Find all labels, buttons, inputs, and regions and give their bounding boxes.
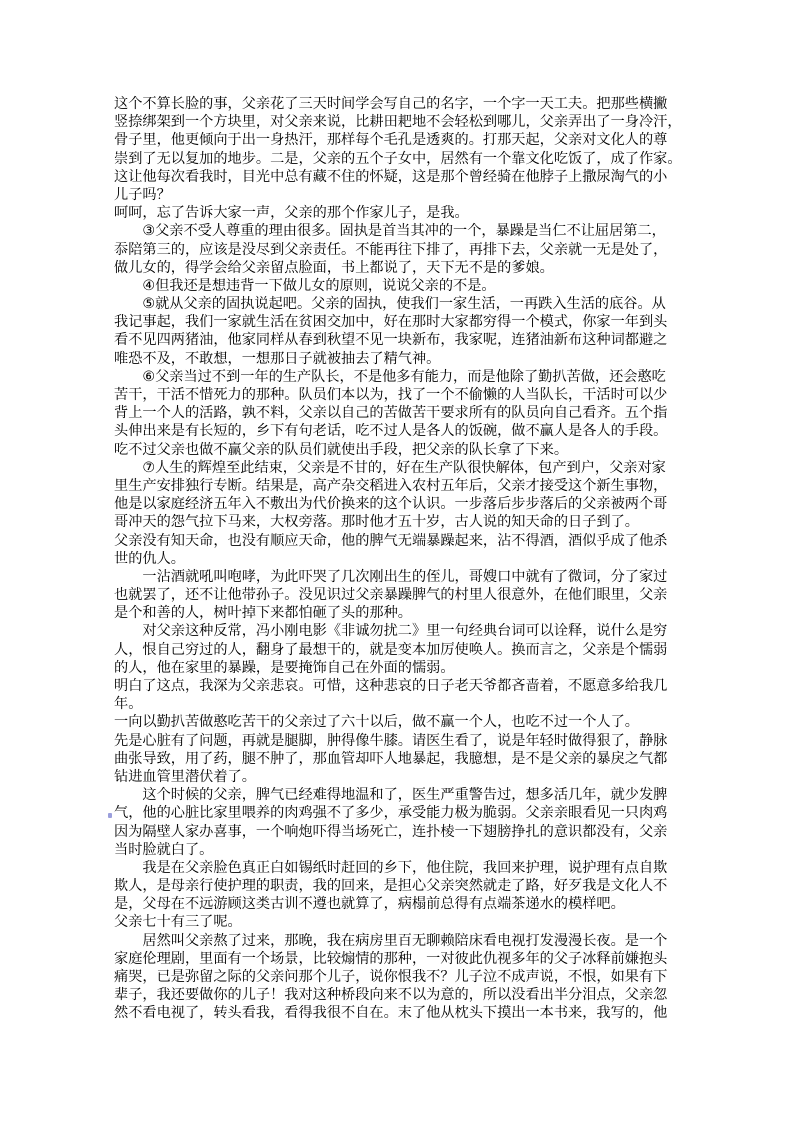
text-line: 先是心脏有了问题，再就是腿脚，肿得像牛膝。请医生看了，说是年轻时做得狠了，静脉: [114, 732, 684, 750]
text-line: 当时脸就白了。: [114, 841, 684, 859]
text-line: 吃不过父亲也做不赢父亲的队员们就使出手段，把父亲的队长拿了下来。: [114, 441, 684, 459]
text-line: 父亲七十有三了呢。: [114, 913, 684, 931]
text-line: 居然叫父亲熬了过来，那晚，我在病房里百无聊赖陪床看电视打发漫漫长夜。是一个: [114, 932, 684, 950]
text-line: 钻进血管里潜伏着了。: [114, 768, 684, 786]
text-line: 我记事起，我们一家就生活在贫困交加中，好在那时大家都穷得一个模式，你家一年到头: [114, 313, 684, 331]
text-line: 儿子吗？: [114, 186, 684, 204]
text-line: 世的仇人。: [114, 550, 684, 568]
stray-mark: [108, 813, 112, 818]
text-line: ③父亲不受人尊重的理由很多。固执是首当其冲的一个，暴躁是当仁不让屈居第二，: [114, 222, 684, 240]
text-line: 父亲没有知天命，也没有顺应天命，他的脾气无端暴躁起来，沾不得酒，酒似乎成了他杀: [114, 532, 684, 550]
text-line: ⑦人生的辉煌至此结束，父亲是不甘的，好在生产队很快解体，包产到户，父亲对家: [114, 459, 684, 477]
text-line: 忝陪第三的，应该是没尽到父亲责任。不能再往下排了，再排下去，父亲就一无是处了，: [114, 241, 684, 259]
text-block: 这个不算长脸的事，父亲花了三天时间学会写自己的名字，一个字一天工夫。把那些横撇竖…: [114, 95, 684, 1023]
text-line: 曲张导致，用了药，腿不肿了，那血管却吓人地暴起，我臆想，是不是父亲的暴戾之气都: [114, 750, 684, 768]
text-line: ⑥父亲当过不到一年的生产队长，不是他多有能力，而是他除了勤扒苦做，还会憨吃: [114, 368, 684, 386]
text-line: 崇到了无以复加的地步。二是，父亲的五个子女中，居然有一个靠文化吃饭了，成了作家。: [114, 150, 684, 168]
text-line: 苦干，干活不惜死力的那种。队员们本以为，找了一个不偷懒的人当队长，干活时可以少: [114, 386, 684, 404]
text-line: ④但我还是想违背一下做儿女的原则，说说父亲的不是。: [114, 277, 684, 295]
text-line: 也就罢了，还不让他带孙子。没见识过父亲暴躁脾气的村里人很意外，在他们眼里，父亲: [114, 586, 684, 604]
text-line: 气，他的心脏比家里喂养的肉鸡强不了多少，承受能力极为脆弱。父亲亲眼看见一只肉鸡: [114, 804, 684, 822]
text-line: 里生产安排独行专断。结果是，高产杂交稻进入农村五年后，父亲才接受这个新生事物，: [114, 477, 684, 495]
text-line: 一沾酒就吼叫咆哮，为此吓哭了几次刚出生的侄儿，哥嫂口中就有了微词，分了家过: [114, 568, 684, 586]
text-line: 因为隔壁人家办喜事，一个响炮吓得当场死亡，连扑棱一下翅膀挣扎的意识都没有，父亲: [114, 823, 684, 841]
text-line: ⑤就从父亲的固执说起吧。父亲的固执，使我们一家生活，一再跌入生活的底谷。从: [114, 295, 684, 313]
text-line: 一向以勤扒苦做憨吃苦干的父亲过了六十以后，做不赢一个人，也吃不过一个人了。: [114, 713, 684, 731]
text-line: 唯恐不及，不敢想，一想那日子就被抽去了精气神。: [114, 350, 684, 368]
text-line: 的人，他在家里的暴躁，是要掩饰自己在外面的懦弱。: [114, 659, 684, 677]
text-line: 明白了这点，我深为父亲悲哀。可惜，这种悲哀的日子老天爷都吝啬着，不愿意多给我几: [114, 677, 684, 695]
text-line: 对父亲这种反常，冯小刚电影《非诚勿扰二》里一句经典台词可以诠释，说什么是穷: [114, 622, 684, 640]
text-line: 我是在父亲脸色真正白如锡纸时赶回的乡下，他住院，我回来护理，说护理有点自欺: [114, 859, 684, 877]
text-line: 然不看电视了，转头看我，看得我很不自在。末了他从枕头下摸出一本书来，我写的，他: [114, 1004, 684, 1022]
text-line: 骨子里，他更倾向于出一身热汗，那样每个毛孔是透爽的。打那天起，父亲对文化人的尊: [114, 131, 684, 149]
document-page: 这个不算长脸的事，父亲花了三天时间学会写自己的名字，一个字一天工夫。把那些横撇竖…: [0, 0, 794, 1123]
text-line: 这个时候的父亲，脾气已经难得地温和了，医生严重警告过，想多活几年，就少发脾: [114, 786, 684, 804]
text-line: 背上一个人的活路，孰不料，父亲以自己的苦做苦干要求所有的队员向自己看齐。五个指: [114, 404, 684, 422]
text-line: 这个不算长脸的事，父亲花了三天时间学会写自己的名字，一个字一天工夫。把那些横撇: [114, 95, 684, 113]
text-line: 是个和善的人，树叶掉下来都怕砸了头的那种。: [114, 604, 684, 622]
text-line: 他是以家庭经济五年入不敷出为代价换来的这个认识。一步落后步步落后的父亲被两个哥: [114, 495, 684, 513]
text-line: 呵呵，忘了告诉大家一声，父亲的那个作家儿子，是我。: [114, 204, 684, 222]
text-line: 这让他每次看我时，目光中总有藏不住的怀疑，这是那个曾经骑在他脖子上撒尿淘气的小: [114, 168, 684, 186]
text-line: 家庭伦理剧，里面有一个场景，比较煽情的那种，一对彼此仇视多年的父子冰释前嫌抱头: [114, 950, 684, 968]
text-line: 看不见四两猪油，他家同样从春到秋望不见一块新布，我家呢，连猪油新布这种词都避之: [114, 331, 684, 349]
text-line: 痛哭，已是弥留之际的父亲问那个儿子，说你恨我不？儿子泣不成声说，不恨，如果有下: [114, 968, 684, 986]
text-line: 竖捺绑架到一个方块里，对父亲来说，比耕田耙地不会轻松到哪儿，父亲弄出了一身冷汗，: [114, 113, 684, 131]
text-line: 辈子，我还要做你的儿子！我对这种桥段向来不以为意的，所以没看出半分泪点，父亲忽: [114, 986, 684, 1004]
text-line: 是，父母在不远游顾这类古训不遵也就算了，病榻前总得有点端茶递水的模样吧。: [114, 895, 684, 913]
text-line: 人，恨自己穷过的人，翻身了最想干的，就是变本加厉使唤人。换而言之，父亲是个懦弱: [114, 641, 684, 659]
text-line: 年。: [114, 695, 684, 713]
text-line: 欺人，是母亲行使护理的职责，我的回来，是担心父亲突然就走了路，好歹我是文化人不: [114, 877, 684, 895]
text-line: 哥冲天的怨气拉下马来，大权旁落。那时他才五十岁，古人说的知天命的日子到了。: [114, 513, 684, 531]
text-line: 做儿女的，得学会给父亲留点脸面，书上都说了，天下无不是的爹娘。: [114, 259, 684, 277]
text-line: 头伸出来是有长短的，乡下有句老话，吃不过人是各人的饭碗，做不赢人是各人的手段。: [114, 422, 684, 440]
